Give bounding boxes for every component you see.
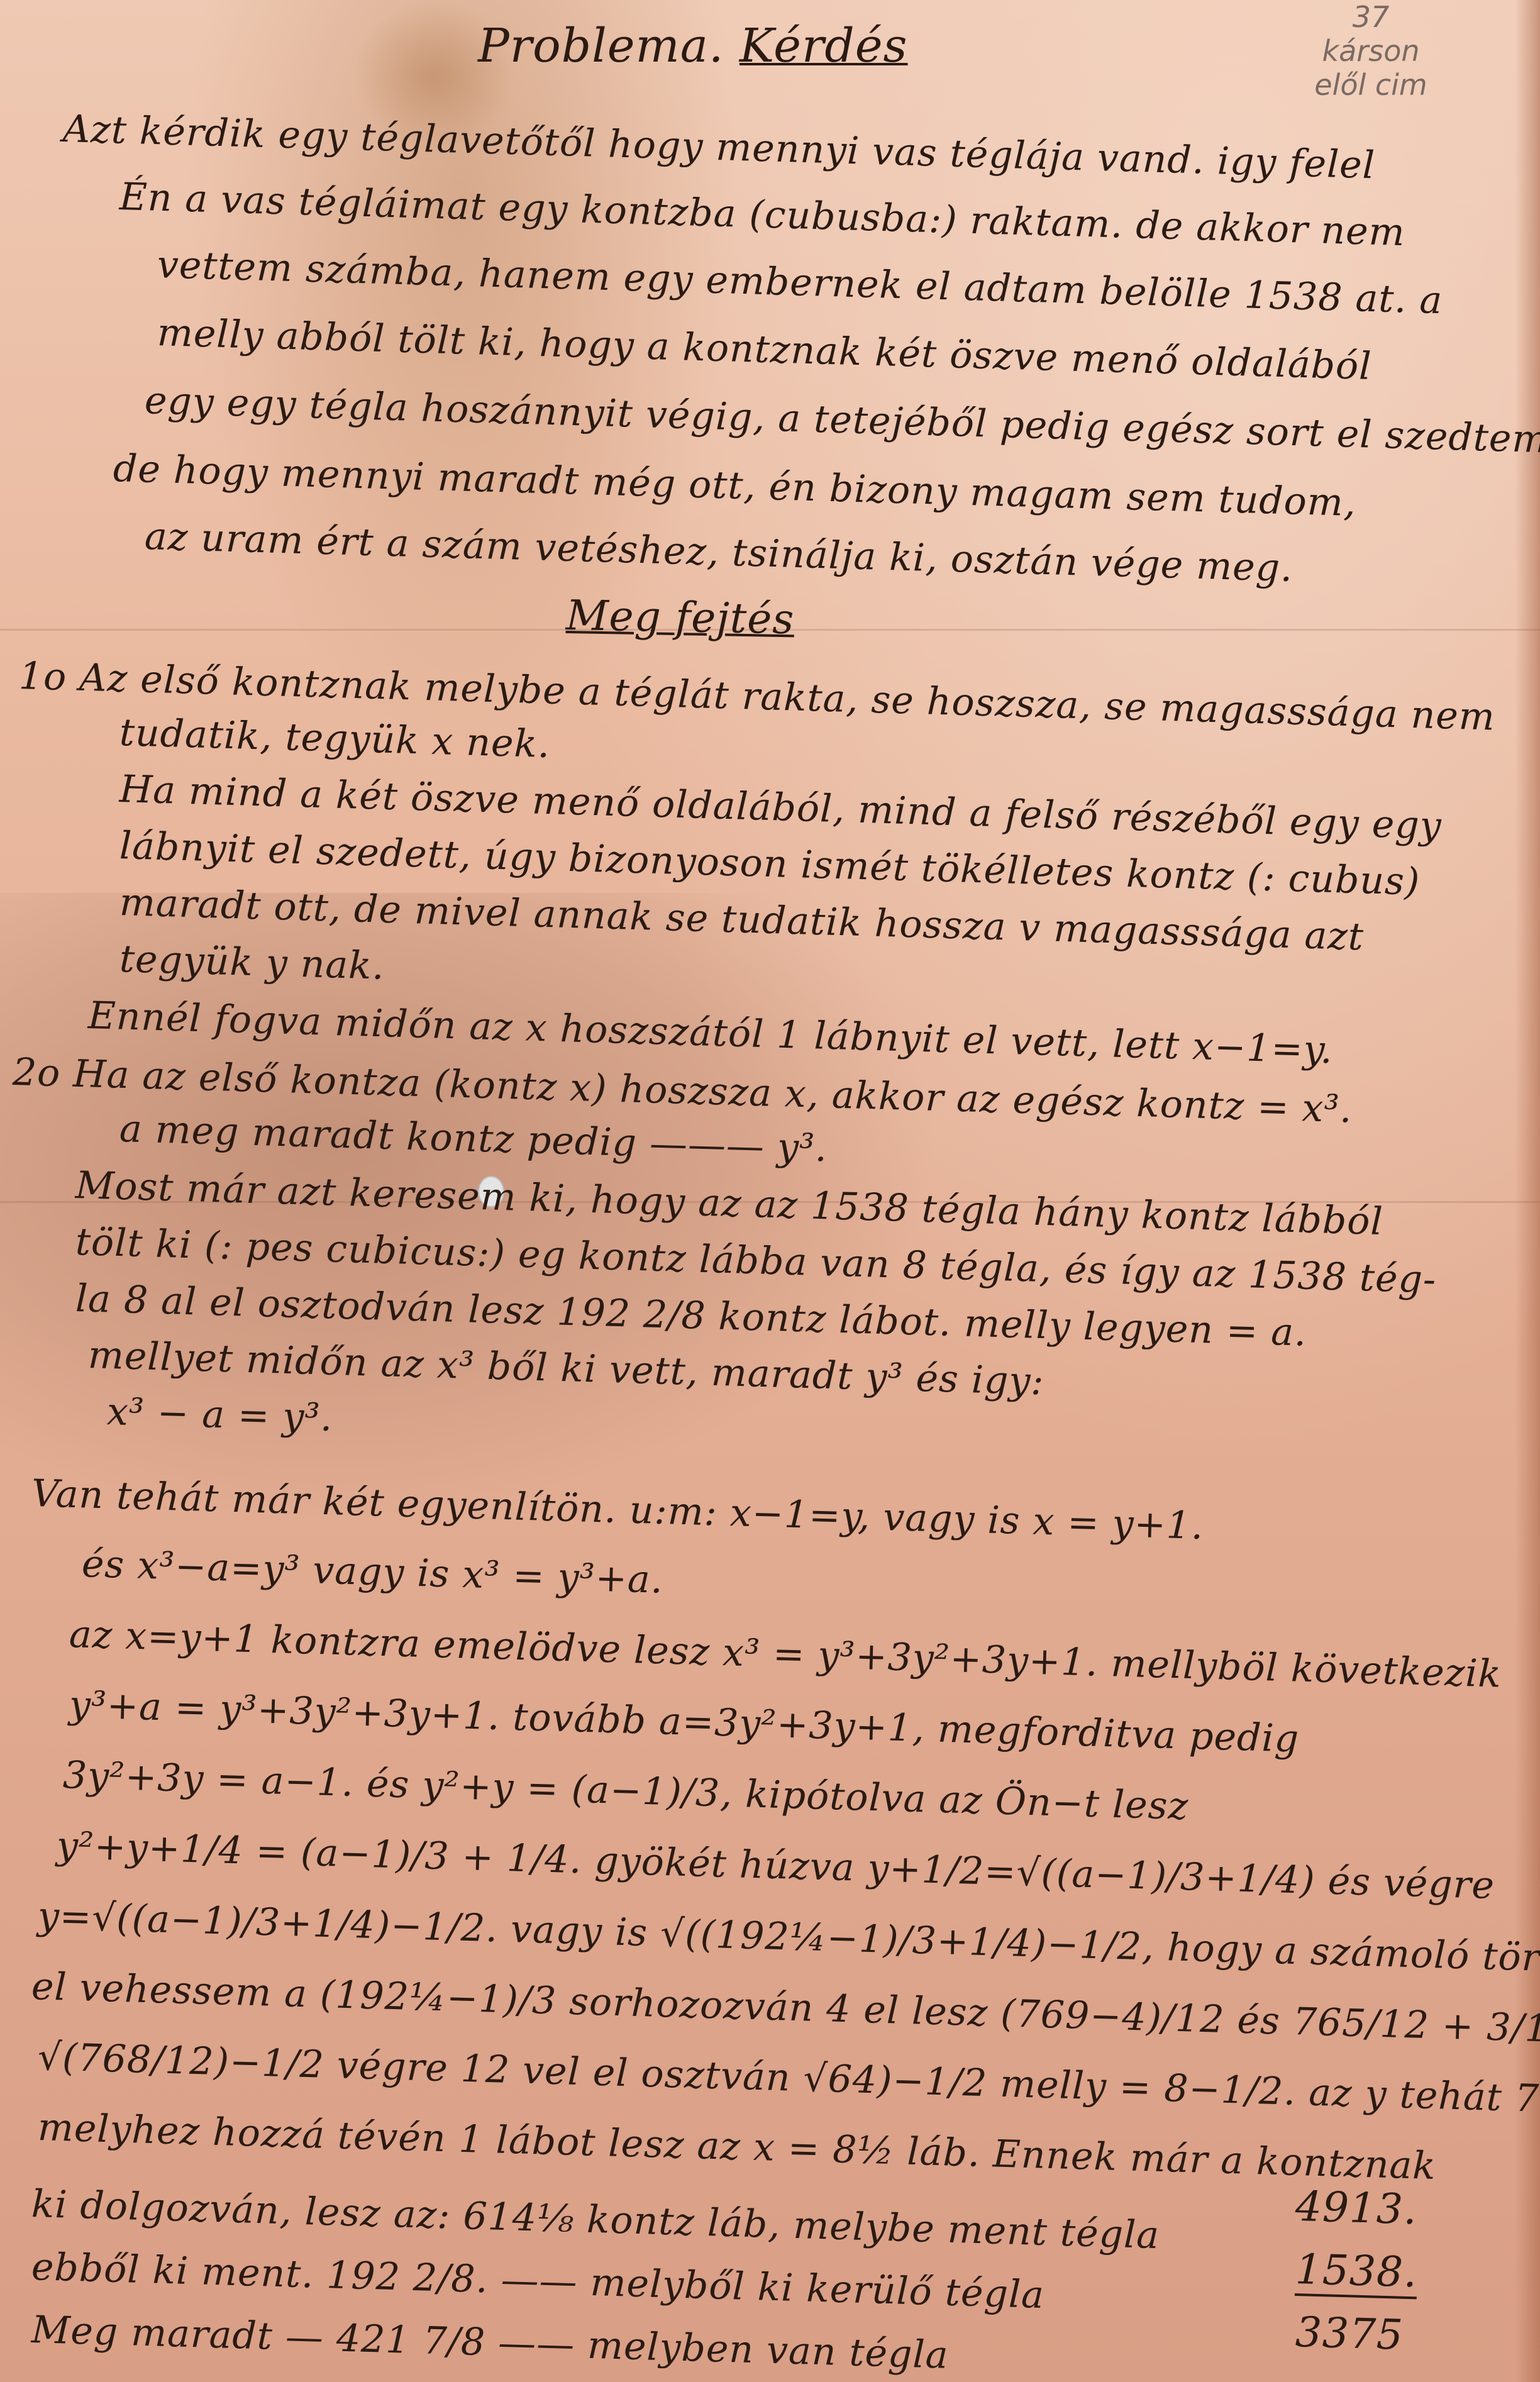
- manuscript-page: Problema. Kérdés 37 kárson elől cim Azt …: [0, 0, 1540, 2382]
- summary-label: ki dolgozván, lesz az: 614⅛ kontz láb, m…: [31, 2182, 1160, 2257]
- solution-heading: Meg fejtés: [565, 591, 795, 643]
- margin-note-line2: elől cim: [1289, 68, 1453, 102]
- equation-line: és x³−a=y³ vagy is x³ = y³+a.: [81, 1542, 664, 1602]
- solution-line: tudatik, tegyük x nek.: [119, 711, 551, 767]
- summary-value: 3375: [1295, 2308, 1404, 2359]
- equation-line: az x=y+1 kontzra emelödve lesz x³ = y³+3…: [69, 1612, 1502, 1697]
- title-word-kerdes: Kérdés: [740, 19, 908, 73]
- margin-note-line1: kárson: [1289, 34, 1453, 68]
- margin-note-number: 37: [1289, 0, 1453, 34]
- problem-line: egy egy tégla hoszánnyit végig, a tetejé…: [144, 379, 1540, 462]
- summary-row: ki dolgozván, lesz az: 614⅛ kontz láb, m…: [31, 2182, 1160, 2257]
- summary-row: ebből ki ment. 192 2/8. —— melyből ki ke…: [31, 2245, 1045, 2317]
- summary-label: ebből ki ment. 192 2/8. —— melyből ki ke…: [31, 2245, 1045, 2317]
- solution-line: tegyük y nak.: [119, 937, 385, 989]
- equation-line: 3y²+3y = a−1. és y²+y = (a−1)/3, kipótol…: [62, 1753, 1189, 1829]
- summary-row: Meg maradt — 421 7/8 —— melyben van tégl…: [31, 2308, 949, 2378]
- margin-note: 37 kárson elől cim: [1289, 0, 1453, 102]
- problem-line: Én a vas tégláimat egy kontzba (cubusba:…: [119, 175, 1406, 255]
- equation-line: y³+a = y³+3y²+3y+1. tovább a=3y²+3y+1, m…: [69, 1683, 1300, 1761]
- problem-line: de hogy mennyi maradt még ott, én bizony…: [113, 446, 1357, 525]
- problem-line: Azt kérdik egy téglavetőtől hogy mennyi …: [62, 107, 1376, 187]
- summary-value: 4913.: [1295, 2182, 1418, 2234]
- problem-line: melly abból tölt ki, hogy a kontznak két…: [157, 311, 1372, 389]
- equation-line: melyhez hozzá tévén 1 lábot lesz az x = …: [37, 2105, 1437, 2188]
- solution-line: x³ − a = y³.: [106, 1390, 333, 1440]
- equation-line: y²+y+1/4 = (a−1)/3 + 1/4. gyökét húzva y…: [56, 1824, 1495, 1908]
- summary-value: 1538.: [1295, 2245, 1418, 2299]
- problem-line: az uram ért a szám vetéshez, tsinálja ki…: [144, 514, 1293, 590]
- document-title: Problema. Kérdés: [478, 19, 908, 73]
- problem-line: vettem számba, hanem egy embernek el adt…: [157, 243, 1443, 323]
- title-word-problema: Problema.: [478, 19, 724, 73]
- equation-line: √(768/12)−1/2 végre 12 vel el osztván √6…: [37, 2035, 1540, 2124]
- summary-label: Meg maradt — 421 7/8 —— melyben van tégl…: [31, 2308, 949, 2378]
